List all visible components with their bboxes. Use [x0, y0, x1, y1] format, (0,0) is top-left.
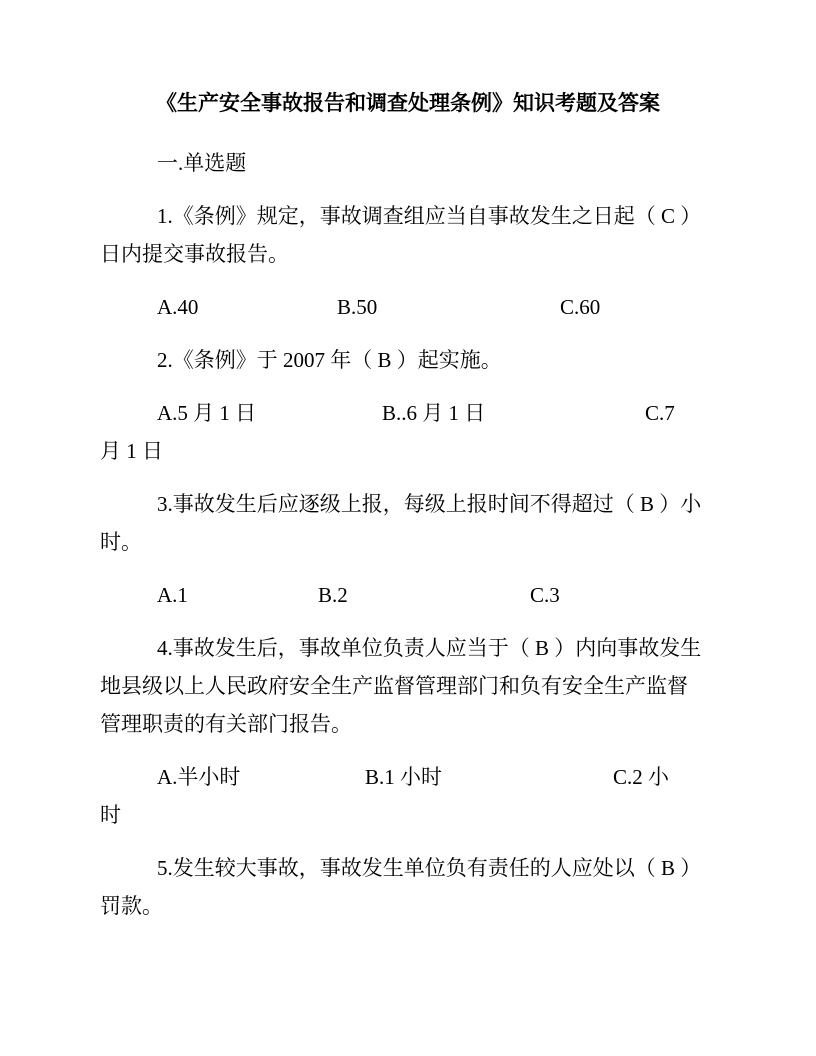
- question-4-option-a: A.半小时: [157, 758, 240, 796]
- document-title: 《生产安全事故报告和调查处理条例》知识考题及答案: [100, 84, 716, 122]
- question-1-option-a: A.40: [157, 288, 198, 326]
- document-page: 《生产安全事故报告和调查处理条例》知识考题及答案 一.单选题 1.《条例》规定，…: [0, 0, 816, 1056]
- question-5: 5.发生较大事故，事故发生单位负有责任的人应处以（ B ） 罚款。: [100, 849, 716, 925]
- question-1-line-1: 1.《条例》规定，事故调查组应当自事故发生之日起（ C ）: [100, 197, 716, 235]
- question-3-line-2: 时。: [100, 523, 716, 561]
- question-3-option-b: B.2: [318, 576, 348, 614]
- question-4-line-1: 4.事故发生后，事故单位负责人应当于（ B ）内向事故发生: [100, 629, 716, 667]
- question-3-line-1: 3.事故发生后应逐级上报，每级上报时间不得超过（ B ）小: [100, 485, 716, 523]
- question-2-options: A.5 月 1 日 B..6 月 1 日 C.7 月 1 日: [100, 394, 716, 470]
- question-4-option-c-wrap: 时: [100, 796, 121, 834]
- question-4-line-3: 管理职责的有关部门报告。: [100, 705, 716, 743]
- question-3-option-a: A.1: [157, 576, 188, 614]
- question-2-option-c: C.7: [645, 394, 675, 432]
- question-3: 3.事故发生后应逐级上报，每级上报时间不得超过（ B ）小 时。: [100, 485, 716, 561]
- question-2: 2.《条例》于 2007 年（ B ）起实施。: [100, 341, 716, 379]
- section-heading: 一.单选题: [100, 144, 716, 182]
- question-3-option-c: C.3: [530, 576, 560, 614]
- question-4-options: A.半小时 B.1 小时 C.2 小 时: [100, 758, 716, 834]
- question-1-options: A.40 B.50 C.60: [100, 288, 716, 326]
- question-2-line-1: 2.《条例》于 2007 年（ B ）起实施。: [100, 341, 716, 379]
- question-2-option-c-wrap: 月 1 日: [100, 432, 163, 470]
- question-4: 4.事故发生后，事故单位负责人应当于（ B ）内向事故发生 地县级以上人民政府安…: [100, 629, 716, 743]
- question-1-option-b: B.50: [337, 288, 377, 326]
- question-1-option-c: C.60: [560, 288, 600, 326]
- question-4-line-2: 地县级以上人民政府安全生产监督管理部门和负有安全生产监督: [100, 667, 716, 705]
- question-2-option-b: B..6 月 1 日: [382, 394, 485, 432]
- question-1: 1.《条例》规定，事故调查组应当自事故发生之日起（ C ） 日内提交事故报告。: [100, 197, 716, 273]
- question-4-option-c: C.2 小: [613, 758, 669, 796]
- question-4-option-b: B.1 小时: [365, 758, 442, 796]
- question-5-line-2: 罚款。: [100, 887, 716, 925]
- question-3-options: A.1 B.2 C.3: [100, 576, 716, 614]
- question-2-option-a: A.5 月 1 日: [157, 394, 256, 432]
- section-heading-text: 一.单选题: [100, 144, 716, 182]
- question-5-line-1: 5.发生较大事故，事故发生单位负有责任的人应处以（ B ）: [100, 849, 716, 887]
- question-1-line-2: 日内提交事故报告。: [100, 235, 716, 273]
